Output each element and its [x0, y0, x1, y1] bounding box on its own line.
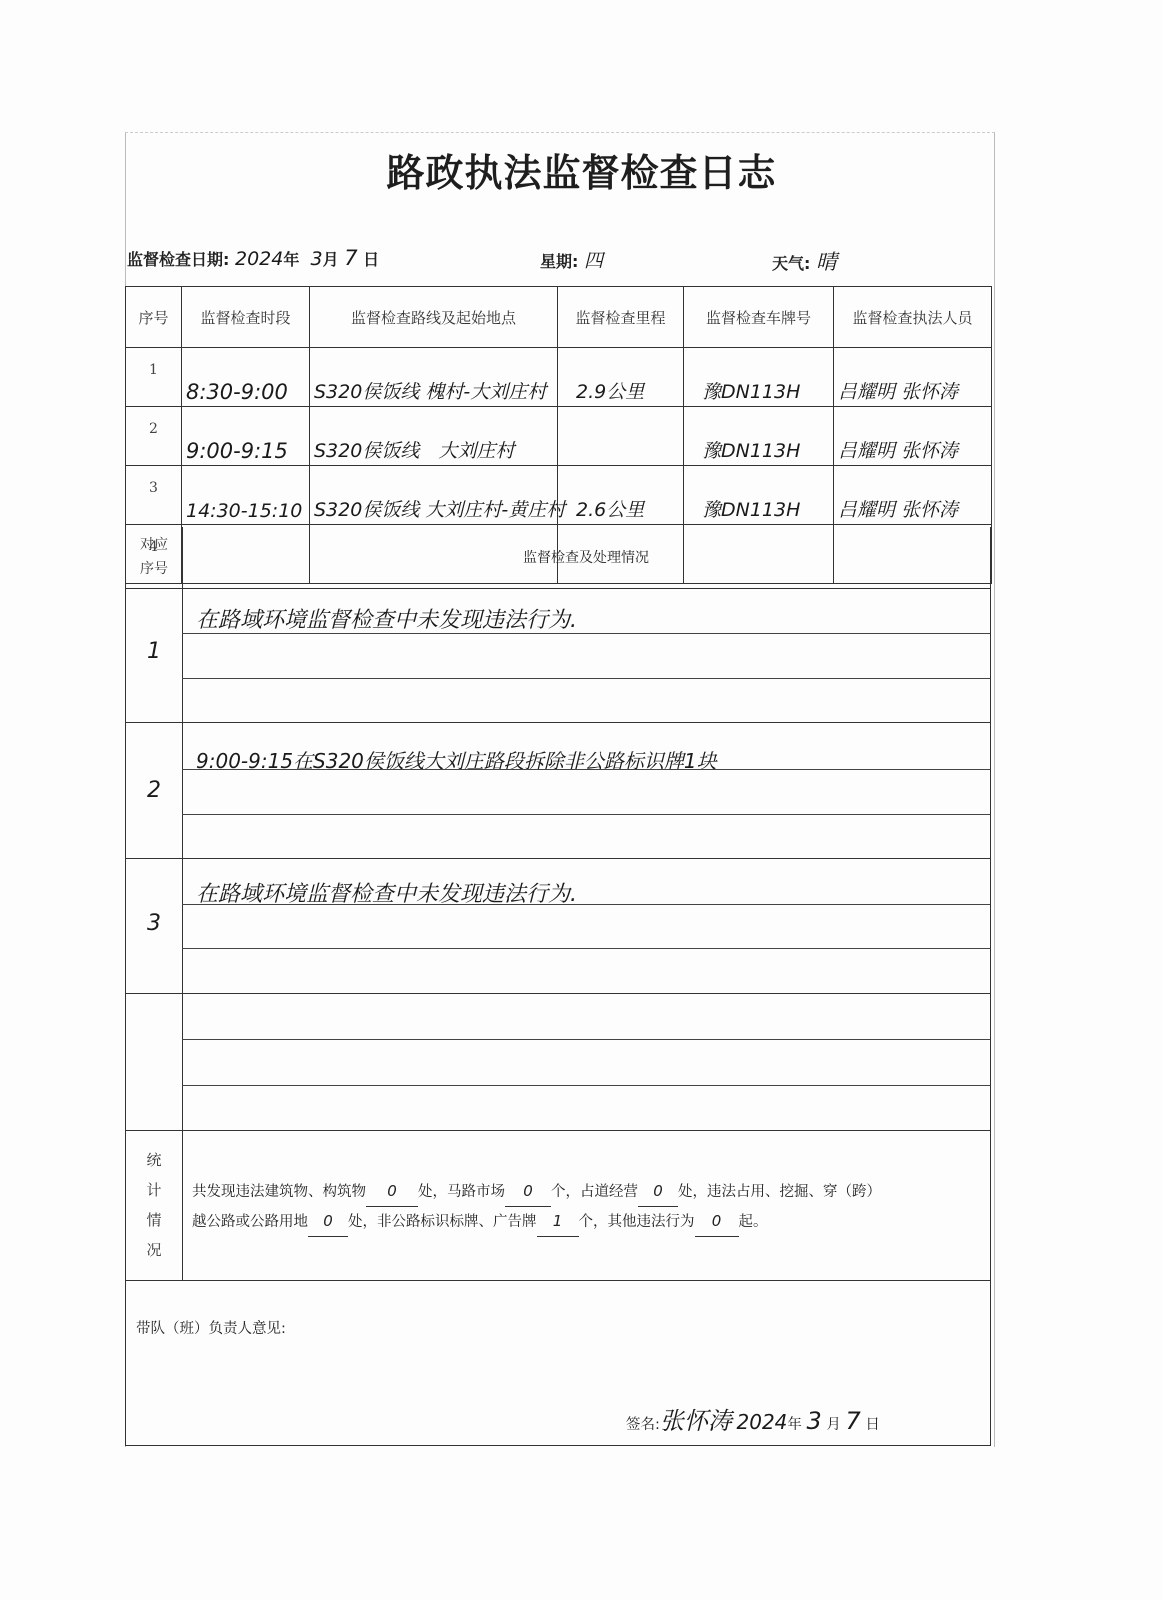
stat-illegal-buildings: 0: [366, 1176, 418, 1207]
statistics-label-char: 计: [126, 1175, 182, 1205]
sign-day-label: 日: [865, 1417, 880, 1433]
sign-month-label: 月: [826, 1417, 841, 1433]
handling-entry: 3 在路域环境监督检查中未发现违法行为.: [125, 859, 991, 994]
row-no: 3: [126, 466, 182, 525]
date-year: 2024: [235, 248, 283, 270]
row-officers: 吕耀明 张怀涛: [834, 436, 991, 465]
weather-value: 晴: [816, 250, 837, 274]
day-label: 日: [363, 250, 379, 269]
stat-other-violations: 0: [695, 1206, 739, 1237]
ruled-line: [182, 1085, 990, 1086]
header-mileage: 监督检查里程: [558, 287, 684, 348]
document-title: 路政执法监督检查日志: [0, 142, 1163, 197]
sign-month: 3: [807, 1407, 822, 1435]
year-label: 年: [283, 250, 299, 269]
ruled-line: [182, 769, 990, 770]
statistics-label-char: 情: [126, 1205, 182, 1235]
weather: 天气: 晴: [772, 246, 837, 276]
date-month: 3: [311, 248, 323, 270]
row-no: 2: [126, 407, 182, 466]
stat-text: 处，违法占用、挖掘、穿（跨）: [678, 1184, 881, 1200]
header-plate: 监督检查车牌号: [684, 287, 834, 348]
handling-header-section: 对应 序号 监督检查及处理情况: [125, 527, 991, 589]
date-day: 7: [344, 246, 357, 270]
ruled-line: [182, 633, 990, 634]
stat-text: 共发现违法建筑物、构筑物: [192, 1184, 366, 1200]
table-header-row: 序号 监督检查时段 监督检查路线及起始地点 监督检查里程 监督检查车牌号 监督检…: [126, 287, 992, 348]
ruled-line: [182, 948, 990, 949]
signature: 张怀涛: [660, 1407, 732, 1435]
handling-index-header: 对应 序号: [126, 527, 183, 588]
row-route: S320侯饭线 槐村-大刘庄村: [310, 377, 557, 406]
table-row: 1 8:30-9:00 S320侯饭线 槐村-大刘庄村 2.9公里 豫DN113…: [126, 348, 992, 407]
weekday-label: 星期:: [540, 252, 578, 271]
row-time: 9:00-9:15: [182, 439, 309, 465]
statistics-line-2: 越公路或公路用地0处，非公路标识标牌、广告牌1个，其他违法行为0起。: [192, 1206, 768, 1237]
stat-text: 处，非公路标识标牌、广告牌: [348, 1214, 537, 1230]
weekday: 星期: 四: [540, 246, 603, 273]
weather-label: 天气:: [772, 254, 810, 273]
leader-opinion-label: 带队（班）负责人意见:: [136, 1317, 286, 1338]
row-officers: 吕耀明 张怀涛: [834, 377, 991, 406]
stat-road-occupation: 0: [638, 1176, 678, 1207]
stat-illegal-use: 0: [308, 1206, 348, 1237]
entry-index: 3: [126, 911, 182, 936]
row-plate: 豫DN113H: [684, 377, 833, 406]
sign-year: 2024: [737, 1410, 788, 1434]
leader-opinion-section: 带队（班）负责人意见: 签名:张怀涛 2024年 3 月 7 日: [125, 1281, 991, 1446]
row-plate: 豫DN113H: [684, 436, 833, 465]
month-label: 月: [323, 250, 339, 269]
date-label: 监督检查日期:: [127, 250, 229, 269]
handling-entry-blank: [125, 994, 991, 1131]
ruled-line: [182, 678, 990, 679]
header-time: 监督检查时段: [182, 287, 310, 348]
ruled-line: [182, 814, 990, 815]
entry-index-cell: [126, 994, 183, 1130]
row-route: S320侯饭线 大刘庄村-黄庄村: [310, 495, 557, 524]
inspection-date: 监督检查日期: 2024年 3月 7 日: [127, 246, 379, 270]
row-plate: 豫DN113H: [684, 495, 833, 524]
entry-text: 在路域环境监督检查中未发现违法行为.: [196, 603, 577, 634]
header-route: 监督检查路线及起始地点: [310, 287, 558, 348]
entry-index: 2: [126, 778, 182, 803]
statistics-section: 统 计 情 况 共发现违法建筑物、构筑物0处，马路市场0个，占道经营0处，违法占…: [125, 1131, 991, 1281]
stat-text: 个，占道经营: [551, 1184, 638, 1200]
header-officers: 监督检查执法人员: [834, 287, 992, 348]
row-no: 1: [126, 348, 182, 407]
table-row: 3 14:30-15:10 S320侯饭线 大刘庄村-黄庄村 2.6公里 豫DN…: [126, 466, 992, 525]
signature-block: 签名:张怀涛 2024年 3 月 7 日: [626, 1401, 880, 1436]
index-header-line2: 序号: [126, 557, 182, 581]
header-no: 序号: [126, 287, 182, 348]
row-route: S320侯饭线 大刘庄村: [310, 436, 557, 465]
stat-text: 个，其他违法行为: [579, 1214, 695, 1230]
statistics-line-1: 共发现违法建筑物、构筑物0处，马路市场0个，占道经营0处，违法占用、挖掘、穿（跨…: [192, 1176, 881, 1207]
entry-index: 1: [126, 639, 182, 664]
row-time: 14:30-15:10: [182, 500, 309, 524]
stat-text: 起。: [739, 1214, 768, 1230]
signature-label: 签名:: [626, 1417, 660, 1433]
handling-entry: 2 9:00-9:15在S320侯饭线大刘庄路段拆除非公路标识牌1块: [125, 723, 991, 859]
row-mileage: 2.9公里: [558, 377, 683, 406]
row-officers: 吕耀明 张怀涛: [834, 495, 991, 524]
stat-text: 越公路或公路用地: [192, 1214, 308, 1230]
handling-entry: 1 在路域环境监督检查中未发现违法行为.: [125, 589, 991, 723]
sign-day: 7: [846, 1407, 861, 1435]
row-time: 8:30-9:00: [182, 380, 309, 406]
table-row: 2 9:00-9:15 S320侯饭线 大刘庄村 豫DN113H 吕耀明 张怀涛: [126, 407, 992, 466]
statistics-label-char: 况: [126, 1235, 182, 1265]
row-mileage: 2.6公里: [558, 495, 683, 524]
statistics-label-char: 统: [126, 1145, 182, 1175]
stat-text: 处，马路市场: [418, 1184, 505, 1200]
stat-road-markets: 0: [505, 1176, 551, 1207]
stat-non-road-signs: 1: [537, 1206, 579, 1237]
handling-header: 监督检查及处理情况: [182, 547, 990, 567]
ruled-line: [182, 1039, 990, 1040]
ruled-line: [182, 904, 990, 905]
sign-year-label: 年: [787, 1417, 802, 1433]
weekday-value: 四: [584, 250, 603, 272]
index-header-line1: 对应: [126, 533, 182, 557]
